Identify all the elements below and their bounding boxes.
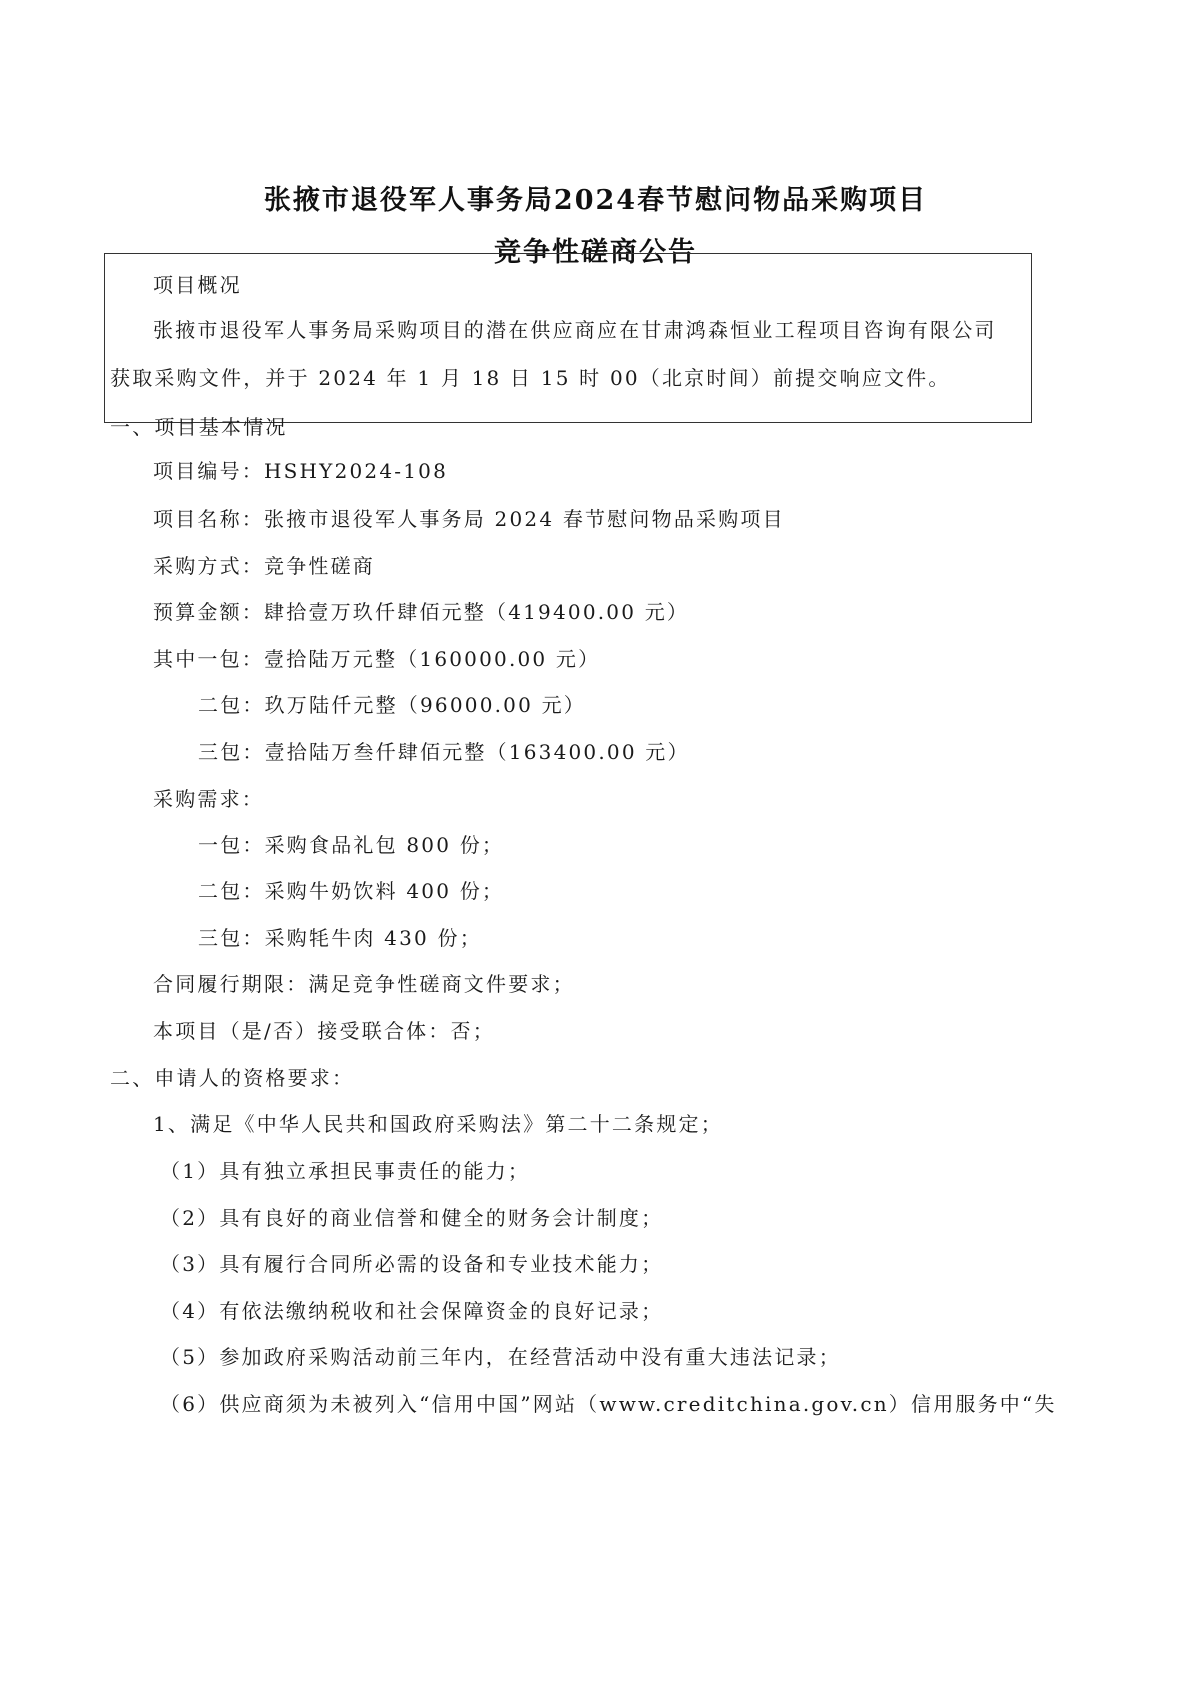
package3-demand: 三包：采购牦牛肉 430 份； bbox=[198, 924, 482, 952]
contract-period: 合同履行期限：满足竞争性磋商文件要求； bbox=[153, 970, 575, 998]
package1-budget: 其中一包：壹拾陆万元整（160000.00 元） bbox=[153, 645, 600, 673]
package2-demand: 二包：采购牛奶饮料 400 份； bbox=[198, 877, 504, 905]
consortium-acceptance: 本项目（是/否）接受联合体：否； bbox=[153, 1017, 495, 1045]
requirement-item: （5）参加政府采购活动前三年内，在经营活动中没有重大违法记录； bbox=[160, 1343, 841, 1371]
requirement-item: （3）具有履行合同所必需的设备和专业技术能力； bbox=[160, 1250, 663, 1278]
document-page: 张掖市退役军人事务局2024春节慰问物品采购项目 竞争性磋商公告 项目概况 张掖… bbox=[0, 0, 1191, 1684]
package3-budget: 三包：壹拾陆万叁仟肆佰元整（163400.00 元） bbox=[198, 738, 690, 766]
procurement-method: 采购方式：竞争性磋商 bbox=[153, 552, 375, 580]
summary-text-line1: 张掖市退役军人事务局采购项目的潜在供应商应在甘肃鸿森恒业工程项目咨询有限公司 bbox=[153, 316, 997, 344]
project-name: 项目名称：张掖市退役军人事务局 2024 春节慰问物品采购项目 bbox=[153, 505, 785, 533]
requirement-item: （2）具有良好的商业信誉和健全的财务会计制度； bbox=[160, 1204, 663, 1232]
package1-demand: 一包：采购食品礼包 800 份； bbox=[198, 831, 504, 859]
summary-text-line2: 获取采购文件，并于 2024 年 1 月 18 日 15 时 00（北京时间）前… bbox=[110, 364, 951, 392]
requirement-item: （6）供应商须为未被列入“信用中国”网站（www.creditchina.gov… bbox=[160, 1390, 1057, 1418]
summary-heading: 项目概况 bbox=[153, 271, 242, 299]
demand-heading: 采购需求： bbox=[153, 785, 264, 813]
project-number: 项目编号：HSHY2024-108 bbox=[153, 457, 448, 485]
requirement-item: （1）具有独立承担民事责任的能力； bbox=[160, 1157, 530, 1185]
section1-heading: 一、项目基本情况 bbox=[110, 413, 288, 441]
requirement-item: （4）有依法缴纳税收和社会保障资金的良好记录； bbox=[160, 1297, 663, 1325]
requirement-1: 1、满足《中华人民共和国政府采购法》第二十二条规定； bbox=[153, 1110, 723, 1138]
document-title-line1: 张掖市退役军人事务局2024春节慰问物品采购项目 bbox=[0, 178, 1191, 217]
package2-budget: 二包：玖万陆仟元整（96000.00 元） bbox=[198, 691, 586, 719]
section2-heading: 二、申请人的资格要求： bbox=[110, 1064, 354, 1092]
budget-amount: 预算金额：肆拾壹万玖仟肆佰元整（419400.00 元） bbox=[153, 598, 689, 626]
